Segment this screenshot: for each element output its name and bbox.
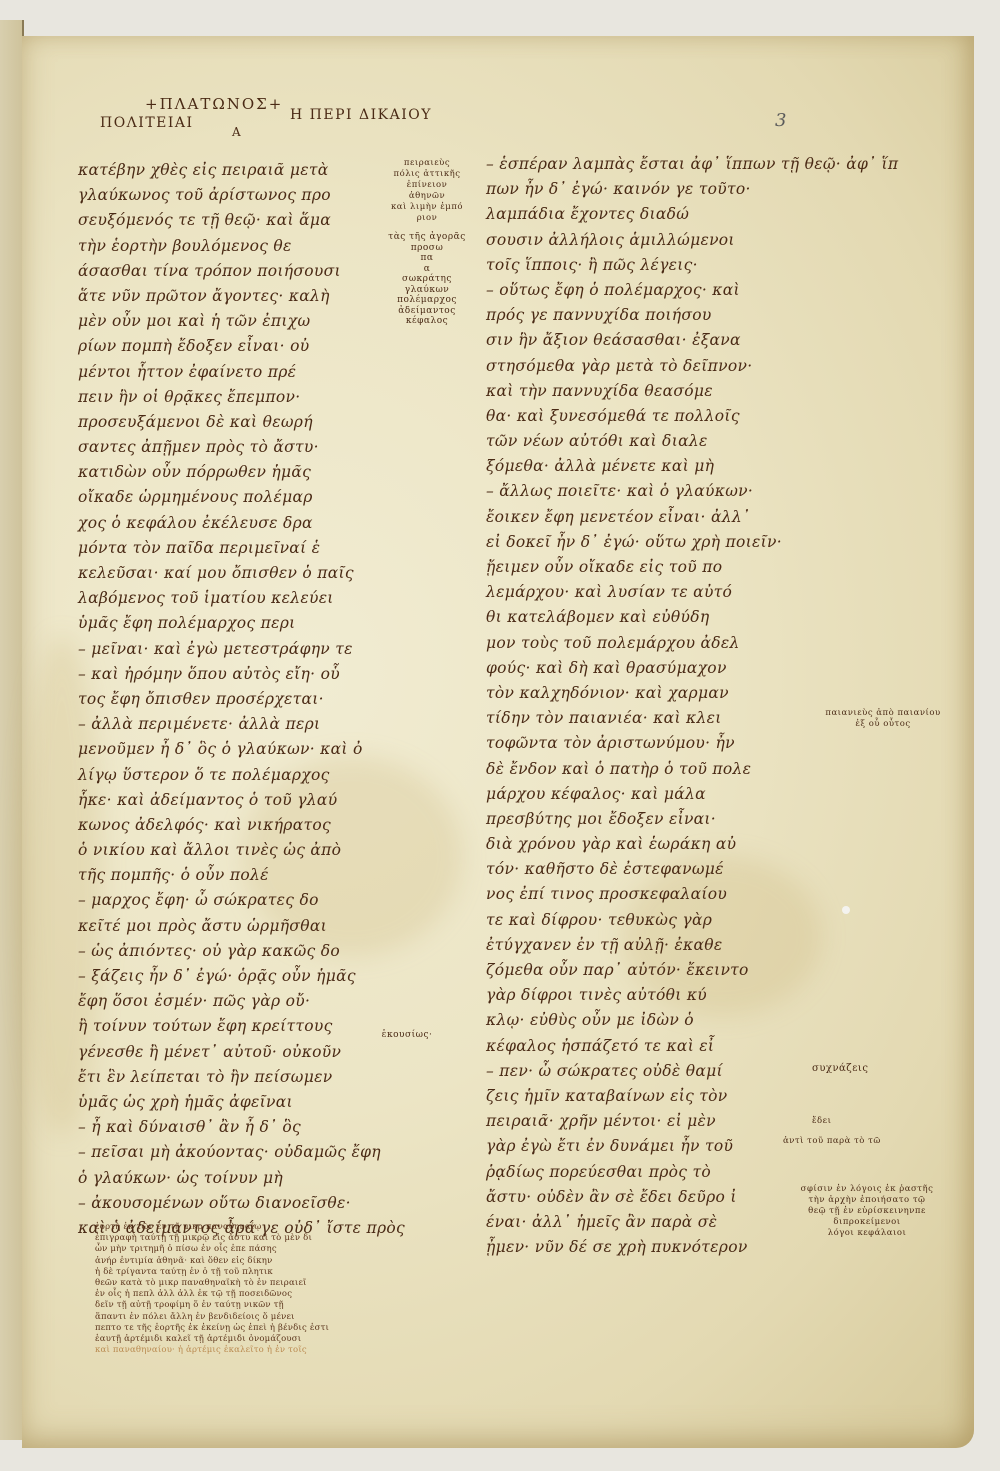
text-line: κωνος ἀδελφός· καὶ νικήρατος: [78, 813, 405, 838]
gloss-line: ὧν μὴν τριτημῆ ὁ πίσω ἐν οἷς ἐπε πάσης: [95, 1244, 355, 1255]
gloss-line: τὰς τῆς ἀγορᾶς: [384, 232, 470, 243]
gloss-line: σφίσιν ἐν λόγοις ἐκ ῥαστῆς: [782, 1184, 952, 1195]
marginal-gloss-piraeus: πειραιεὺςπόλις ἀττικῆςἐπίνειονἀθηνῶνκαὶ …: [384, 158, 470, 224]
text-line: σαντες ἀπῇμεν πρὸς τὸ ἄστυ·: [78, 435, 405, 460]
gloss-line: θεῷ τῇ ἐν εὑρίσκεινηνπε: [782, 1206, 952, 1217]
text-line: οἴκαδε ὡρμημένους πολέμαρ: [78, 485, 405, 510]
text-line: τῆς πομπῆς· ὁ οὖν πολέ: [78, 863, 405, 888]
gloss-line: διπροκείμενοι: [782, 1217, 952, 1228]
text-line: λίγῳ ὕστερον ὅ τε πολέμαρχος: [78, 763, 405, 788]
text-line: νος ἐπί τινος προσκεφαλαίου: [486, 882, 898, 907]
text-line: σουσιν ἀλλήλοις ἁμιλλώμενοι: [486, 228, 898, 253]
gloss-line: θεῶν κατὰ τὸ μικρ παναθηναϊκὴ τὸ ἐν πειρ…: [95, 1278, 355, 1289]
text-line: ὑμᾶς ἔφη πολέμαρχος περι: [78, 611, 405, 636]
gloss-line: δεῖν τῇ αὐτῇ τροφίμη ὅ ἐν ταύτῃ νικῶν τῇ: [95, 1300, 355, 1311]
gloss-line: τὴν ἀρχὴν ἐποιήσατο τῷ: [782, 1195, 952, 1206]
gloss-line: ἐν οἷς ἡ πεπλ ἀλλ ἀλλ ἐκ τῷ τῇ ποσειδῶνο…: [95, 1289, 355, 1300]
text-line: εἰ δοκεῖ ἦν δ᾽ ἐγώ· οὕτω χρὴ ποιεῖν·: [486, 530, 898, 555]
text-line: ξόμεθα· ἀλλὰ μένετε καὶ μὴ: [486, 454, 898, 479]
text-line: – ἀλλὰ περιμένετε· ἀλλὰ περι: [78, 712, 405, 737]
text-line: ὑμᾶς ὡς χρὴ ἡμᾶς ἀφεῖναι: [78, 1090, 405, 1115]
marginal-gloss-characters: τὰς τῆς ἀγορᾶςπροσωπαασωκράτηςγλαύκωνπολ…: [384, 232, 470, 327]
gloss-line: ἐξ οὗ οὗτος: [798, 719, 968, 730]
binding-edge: [0, 20, 24, 1440]
folio-number: 3: [775, 110, 786, 131]
marginal-gloss-edei: ἔδει: [812, 1116, 852, 1127]
text-line: – μεῖναι· καὶ ἐγὼ μετεστράφην τε: [78, 637, 405, 662]
text-line: τος ἔφη ὄπισθεν προσέρχεται·: [78, 687, 405, 712]
text-line: πρός γε παννυχίδα ποιήσου: [486, 303, 898, 328]
text-line: ἧκε· καὶ ἀδείμαντος ὁ τοῦ γλαύ: [78, 788, 405, 813]
heading-author: +ΠΛΑΤΩΝΟΣ+: [145, 95, 283, 113]
text-line: ζόμεθα οὖν παρ᾽ αὐτόν· ἔκειντο: [486, 958, 898, 983]
text-line: τὴν ἑορτὴν βουλόμενος θε: [78, 234, 405, 259]
text-line: πειν ἣν οἱ θρᾷκες ἔπεμπον·: [78, 385, 405, 410]
marginal-gloss-logoi: σφίσιν ἐν λόγοις ἐκ ῥαστῆςτὴν ἀρχὴν ἐποι…: [782, 1184, 952, 1239]
text-line: – καὶ ἠρόμην ὅπου αὐτὸς εἴη· οὗ: [78, 662, 405, 687]
text-line: πων ἦν δ᾽ ἐγώ· καινόν γε τοῦτο·: [486, 177, 898, 202]
gloss-line: ριον: [384, 213, 470, 224]
gloss-line: σωκράτης: [384, 274, 470, 285]
gloss-line: καὶ λιμὴν ἐμπό: [384, 202, 470, 213]
text-line: ἐτύγχανεν ἐν τῇ αὐλῇ· ἐκαθε: [486, 933, 898, 958]
text-line: διὰ χρόνου γὰρ καὶ ἑωράκη αὐ: [486, 832, 898, 857]
gloss-line: ἡ δὲ τρίγαντα ταύτῃ ἐν ὁ τῇ τοῦ πλητικ: [95, 1267, 355, 1278]
text-line: μέντοι ἧττον ἐφαίνετο πρέ: [78, 360, 405, 385]
text-line: ἅτε νῦν πρῶτον ἄγοντες· καλὴ: [78, 284, 405, 309]
text-line: κλῳ· εὐθὺς οὖν με ἰδὼν ὁ: [486, 1008, 898, 1033]
text-line: μόντα τὸν παῖδα περιμεῖναί ἑ: [78, 536, 405, 561]
text-line: ῥᾳδίως πορεύεσθαι πρὸς τὸ: [486, 1160, 898, 1185]
gloss-line: προσω: [384, 243, 470, 254]
text-line: μον τοὺς τοῦ πολεμάρχου ἀδελ: [486, 631, 898, 656]
text-line: πρεσβύτης μοι ἔδοξεν εἶναι·: [486, 807, 898, 832]
text-line: κέφαλος ἠσπάζετό τε καὶ εἶ: [486, 1034, 898, 1059]
gloss-line: κέφαλος: [384, 316, 470, 327]
text-line: μὲν οὖν μοι καὶ ἡ τῶν ἐπιχω: [78, 309, 405, 334]
bottom-scholia: ἐορτὴ ἐκ τῶν ἐν τῇ μικρ παναθηναίῳἐπιγρα…: [95, 1222, 355, 1356]
marginal-gloss-paeanian: παιανιεὺς ἀπὸ παιανίουἐξ οὗ οὗτος: [798, 708, 968, 730]
text-line: – οὕτως ἔφη ὁ πολέμαρχος· καὶ: [486, 278, 898, 303]
text-line: ἢ τοίνυν τούτων ἔφη κρείττους: [78, 1014, 405, 1039]
gloss-line: ἐορτὴ ἐκ τῶν ἐν τῇ μικρ παναθηναίῳ: [95, 1222, 355, 1233]
text-line: – ξάζεις ἦν δ᾽ ἐγώ· ὁρᾷς οὖν ἡμᾶς: [78, 964, 405, 989]
gloss-line: παιανιεὺς ἀπὸ παιανίου: [798, 708, 968, 719]
text-line: άσασθαι τίνα τρόπον ποιήσουσι: [78, 259, 405, 284]
text-line: ὁ νικίου καὶ ἄλλοι τινὲς ὡς ἀπὸ: [78, 838, 405, 863]
text-line: γὰρ δίφροι τινὲς αὐτόθι κύ: [486, 983, 898, 1008]
gloss-line: γλαύκων: [384, 285, 470, 296]
gloss-line: α: [384, 264, 470, 275]
text-line: σιν ἣν ἄξιον θεάσασθαι· ἐξανα: [486, 328, 898, 353]
text-line: χος ὁ κεφάλου ἐκέλευσε δρα: [78, 511, 405, 536]
gloss-line: λόγοι κεφάλαιοι: [782, 1228, 952, 1239]
gloss-line: ἐπιγραφὴ ταύτῃ τῇ μικρῷ εἰς ἄστυ καὶ τὸ …: [95, 1233, 355, 1244]
text-line: ὁ γλαύκων· ὡς τοίνυν μὴ: [78, 1166, 405, 1191]
heading-work-title: ΠΟΛΙΤΕΙΑΙ: [100, 115, 194, 131]
text-line: – ἀκουσομένων οὕτω διανοεῖσθε·: [78, 1191, 405, 1216]
text-line: τοφῶντα τὸν ἀριστωνύμου· ἦν: [486, 731, 898, 756]
gloss-line: ἅπαντι ἐν πόλει ἄλλη ἐν βενδιδείοις ὅ μέ…: [95, 1312, 355, 1323]
text-line: τε καὶ δίφρου· τεθυκὼς γὰρ: [486, 908, 898, 933]
gloss-line: ἀδείμαντος: [384, 306, 470, 317]
text-line: κελεῦσαι· καί μου ὄπισθεν ὁ παῖς: [78, 561, 405, 586]
text-line: τοῖς ἵπποις· ἢ πῶς λέγεις·: [486, 253, 898, 278]
text-line: κατέβην χθὲς εἰς πειραιᾶ μετὰ: [78, 158, 405, 183]
text-line: ᾔειμεν οὖν οἴκαδε εἰς τοῦ πο: [486, 555, 898, 580]
gloss-line: πα: [384, 253, 470, 264]
text-line: λεμάρχου· καὶ λυσίαν τε αὐτό: [486, 580, 898, 605]
text-line: – ἄλλως ποιεῖτε· καὶ ὁ γλαύκων·: [486, 479, 898, 504]
text-line: τὸν καλχηδόνιον· καὶ χαρμαν: [486, 681, 898, 706]
text-line: δὲ ἔνδον καὶ ὁ πατὴρ ὁ τοῦ πολε: [486, 757, 898, 782]
text-line: μενοῦμεν ἦ δ᾽ ὃς ὁ γλαύκων· καὶ ὀ: [78, 737, 405, 762]
text-line: σευξόμενός τε τῇ θεῷ· καὶ ἅμα: [78, 208, 405, 233]
text-line: ζεις ἡμῖν καταβαίνων εἰς τὸν: [486, 1084, 898, 1109]
text-line: ρίων πομπὴ ἔδοξεν εἶναι· οὐ: [78, 334, 405, 359]
left-text-column: κατέβην χθὲς εἰς πειραιᾶ μετὰγλαύκωνος τ…: [78, 158, 405, 1241]
text-line: κεῖτέ μοι πρὸς ἄστυ ὡρμῆσθαι: [78, 914, 405, 939]
text-line: – μαρχος ἔφη· ὦ σώκρατες δο: [78, 888, 405, 913]
text-line: γλαύκωνος τοῦ ἀρίστωνος προ: [78, 183, 405, 208]
text-line: λαμπάδια ἔχοντες διαδώ: [486, 202, 898, 227]
heading-subtitle: Η ΠΕΡΙ ΔΙΚΑΙΟΥ: [290, 107, 432, 123]
text-line: – ἦ καὶ δύναισθ᾽ ἂν ἦ δ᾽ ὃς: [78, 1115, 405, 1140]
gloss-line: πόλις ἀττικῆς: [384, 169, 470, 180]
text-line: τόν· καθῆστο δὲ ἐστεφανωμέ: [486, 857, 898, 882]
marginal-gloss-synchazeis: συχνάζεις: [812, 1063, 892, 1074]
text-line: κατιδὼν οὖν πόρρωθεν ἡμᾶς: [78, 460, 405, 485]
text-line: λαβόμενος τοῦ ἱματίου κελεύει: [78, 586, 405, 611]
gloss-line: ἀνήρ ἐντιμία ἀθηνᾶ· καὶ ὅθεν εἰς δίκην: [95, 1256, 355, 1267]
book-number: Α: [232, 125, 241, 139]
gloss-line: ἐπίνειον: [384, 180, 470, 191]
gloss-line: καὶ παναθηναίου· ἡ ἀρτέμις ἐκαλεῖτο ἡ ἐν…: [95, 1345, 355, 1356]
text-line: μάρχου κέφαλος· καὶ μάλα: [486, 782, 898, 807]
text-line: ἔοικεν ἔφη μενετέον εἶναι· ἀλλ᾽: [486, 505, 898, 530]
text-line: – πεῖσαι μὴ ἀκούοντας· οὐδαμῶς ἔφη: [78, 1140, 405, 1165]
marginal-gloss-anti: ἀντὶ τοῦ παρὰ τὸ τῶ: [783, 1136, 933, 1147]
text-line: γένεσθε ἢ μένετ᾽ αὐτοῦ· οὐκοῦν: [78, 1040, 405, 1065]
right-text-column: – ἑσπέραν λαμπὰς ἔσται ἀφ᾽ ἵππων τῇ θεῷ·…: [486, 152, 898, 1260]
gloss-line: ἑαυτῇ ἀρτέμιδι καλεῖ τῇ ἀρτέμιδι ὀνομάζο…: [95, 1334, 355, 1345]
text-line: θα· καὶ ξυνεσόμεθά τε πολλοῖς: [486, 404, 898, 429]
gloss-line: πειραιεὺς: [384, 158, 470, 169]
gloss-line: πεπτο τε τῆς ἑορτῆς ἐκ ἐκείνῃ ὡς ἐπεὶ ἡ …: [95, 1323, 355, 1334]
text-line: – ἑσπέραν λαμπὰς ἔσται ἀφ᾽ ἵππων τῇ θεῷ·…: [486, 152, 898, 177]
text-line: φούς· καὶ δὴ καὶ θρασύμαχον: [486, 656, 898, 681]
gloss-line: πολέμαρχος: [384, 295, 470, 306]
text-line: προσευξάμενοι δὲ καὶ θεωρή: [78, 410, 405, 435]
text-line: ἔφη ὅσοι ἐσμέν· πῶς γὰρ οὔ·: [78, 989, 405, 1014]
gloss-line: ἀθηνῶν: [384, 191, 470, 202]
text-line: θι κατελάβομεν καὶ εὐθύδη: [486, 605, 898, 630]
text-line: ἔτι ἓν λείπεται τὸ ἢν πείσωμεν: [78, 1065, 405, 1090]
text-line: στησόμεθα γὰρ μετὰ τὸ δεῖπνον·: [486, 354, 898, 379]
marginal-gloss-willingly: ἑκουσίως·: [362, 1030, 452, 1041]
text-line: καὶ τὴν παννυχίδα θεασόμε: [486, 379, 898, 404]
text-line: τῶν νέων αὐτόθι καὶ διαλε: [486, 429, 898, 454]
text-line: – ὡς ἀπιόντες· οὐ γὰρ κακῶς δο: [78, 939, 405, 964]
